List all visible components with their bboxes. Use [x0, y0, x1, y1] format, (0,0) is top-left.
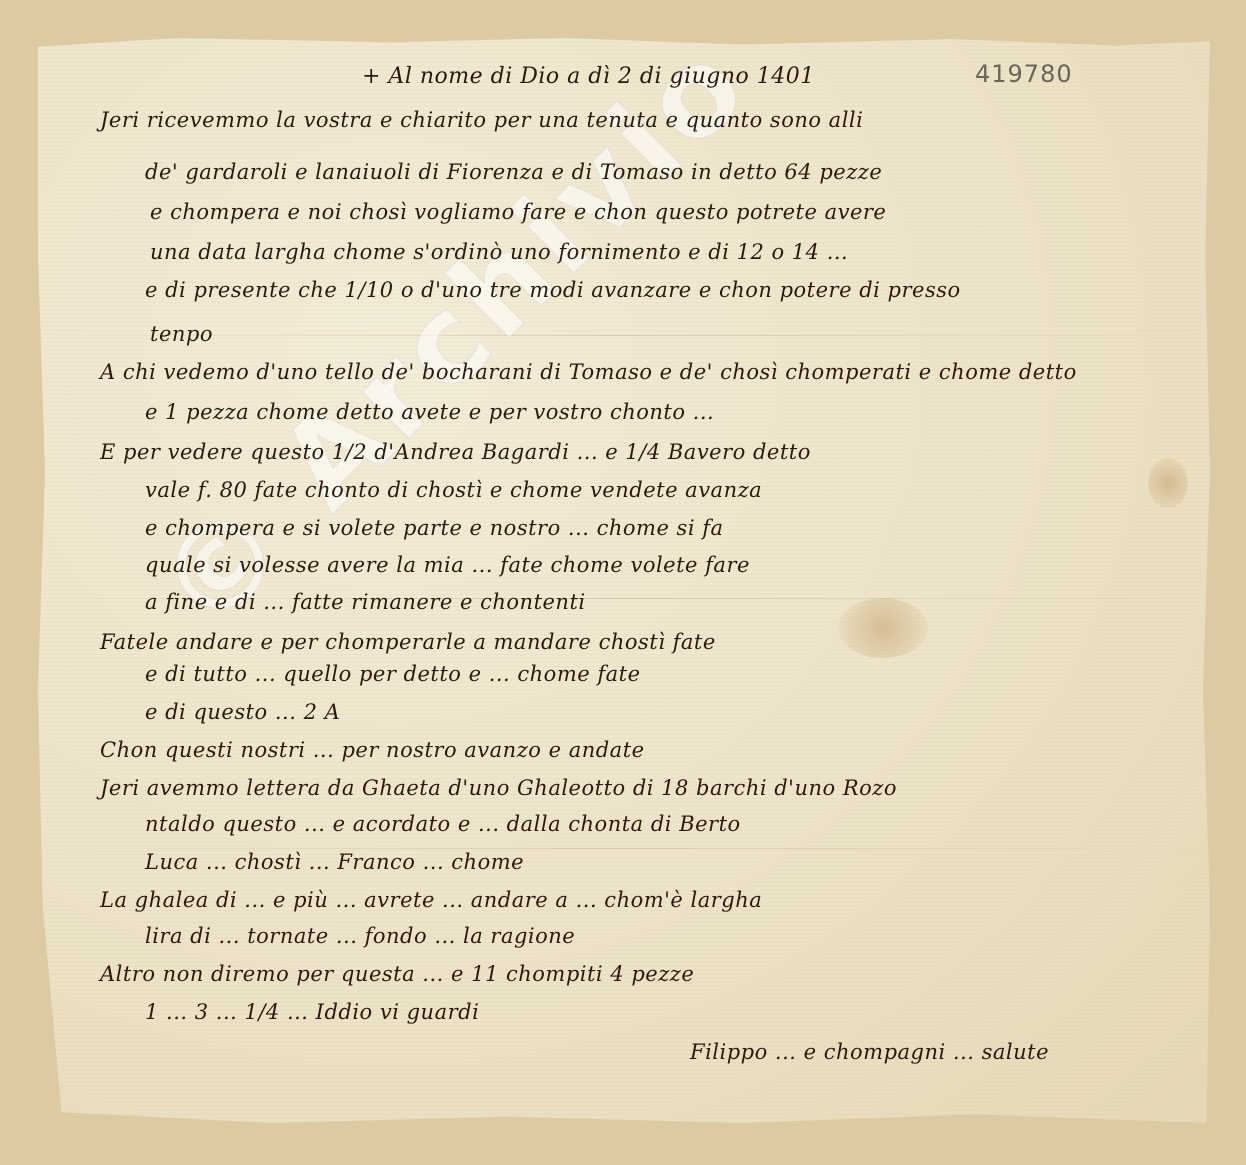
text-line: 1 ... 3 ... 1/4 ... Iddio vi guardi: [145, 1000, 479, 1024]
text-line: quale si volesse avere la mia ... fate c…: [145, 553, 750, 577]
text-line: Fatele andare e per chomperarle a mandar…: [100, 630, 716, 654]
text-line: e 1 pezza chome detto avete e per vostro…: [145, 400, 714, 424]
text-line: e di tutto ... quello per detto e ... ch…: [145, 662, 641, 686]
ink-stain: [838, 598, 928, 658]
text-line: Altro non diremo per questa ... e 11 cho…: [100, 962, 694, 986]
text-line: e di questo ... 2 A: [145, 700, 340, 724]
text-line: Chon questi nostri ... per nostro avanzo…: [100, 738, 645, 762]
text-line: lira di ... tornate ... fondo ... la rag…: [145, 924, 575, 948]
text-line: E per vedere questo 1/2 d'Andrea Bagardi…: [100, 440, 811, 464]
text-line: tenpo: [150, 322, 213, 346]
text-line: de' gardaroli e lanaiuoli di Fiorenza e …: [145, 160, 882, 184]
letter-header: + Al nome di Dio a dì 2 di giugno 1401: [362, 64, 815, 89]
signature: Filippo ... e chompagni ... salute: [690, 1040, 1049, 1064]
text-line: e chompera e si volete parte e nostro ..…: [145, 516, 724, 540]
archive-number: 419780: [975, 60, 1073, 88]
text-line: Jeri avemmo lettera da Ghaeta d'uno Ghal…: [100, 776, 897, 800]
text-line: ntaldo questo ... e acordato e ... dalla…: [145, 812, 741, 836]
ink-stain: [1148, 458, 1188, 508]
text-line: vale f. 80 fate chonto di chostì e chome…: [145, 478, 762, 502]
text-line: e di presente che 1/10 o d'uno tre modi …: [145, 278, 961, 302]
text-line: e chompera e noi chosì vogliamo fare e c…: [150, 200, 886, 224]
text-line: a fine e di ... fatte rimanere e chonten…: [145, 590, 586, 614]
text-line: A chi vedemo d'uno tello de' bocharani d…: [100, 360, 1077, 384]
text-line: una data largha chome s'ordinò uno forni…: [150, 240, 848, 264]
text-line: Jeri ricevemmo la vostra e chiarito per …: [100, 108, 863, 132]
text-line: Luca ... chostì ... Franco ... chome: [145, 850, 524, 874]
fold-line: [38, 848, 1210, 849]
text-line: La ghalea di ... e più ... avrete ... an…: [100, 888, 762, 912]
fold-line: [38, 335, 1210, 336]
